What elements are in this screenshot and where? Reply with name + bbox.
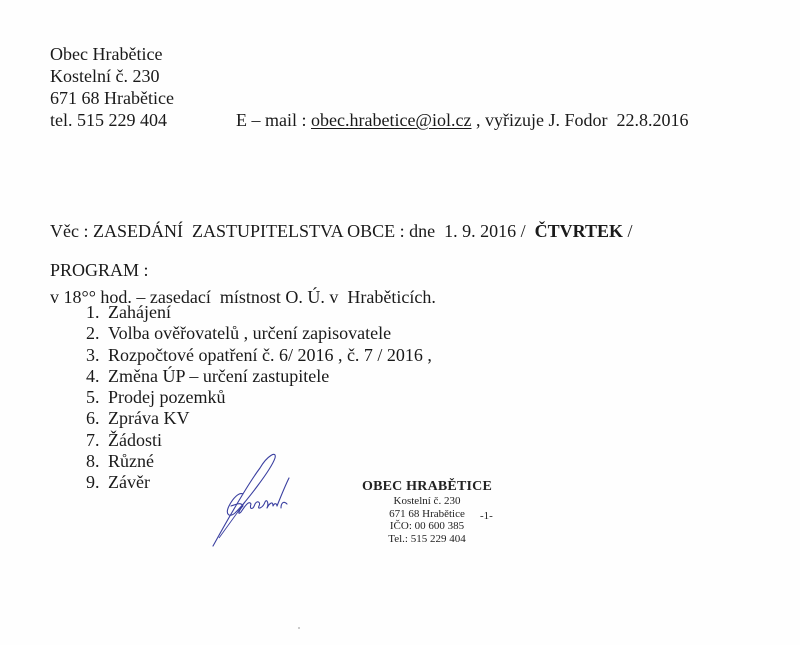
agenda-item-number: 3. (86, 345, 108, 366)
subject-suffix: / (623, 221, 633, 241)
stamp-title: OBEC HRABĚTICE (352, 479, 502, 495)
subject-line-1: Věc : ZASEDÁNÍ ZASTUPITELSTVA OBCE : dne… (50, 220, 633, 242)
agenda-item: 5.Prodej pozemků (86, 387, 432, 408)
agenda-item-number: 9. (86, 472, 108, 493)
sender-name: Obec Hrabětice (50, 43, 174, 65)
subject-text: Věc : ZASEDÁNÍ ZASTUPITELSTVA OBCE : dne… (50, 221, 535, 241)
stamp-phone: Tel.: 515 229 404 (352, 533, 502, 546)
agenda-item: 4.Změna ÚP – určení zastupitele (86, 366, 432, 387)
program-heading: PROGRAM : (50, 259, 149, 281)
page-number: -1- (480, 510, 493, 522)
contact-line: E – mail : obec.hrabetice@iol.cz , vyřiz… (236, 109, 688, 131)
email-label: E – mail : (236, 110, 311, 130)
agenda-item-text: Žádosti (108, 430, 162, 451)
weekday: ČTVRTEK (535, 221, 623, 241)
agenda-item-text: Různé (108, 451, 154, 472)
agenda-item-number: 7. (86, 430, 108, 451)
sender-street: Kostelní č. 230 (50, 65, 174, 87)
agenda-item: 1.Zahájení (86, 302, 432, 323)
stamp-street: Kostelní č. 230 (352, 495, 502, 508)
agenda-item-number: 4. (86, 366, 108, 387)
email-link[interactable]: obec.hrabetice@iol.cz (311, 110, 472, 130)
agenda-item-text: Volba ověřovatelů , určení zapisovatele (108, 323, 391, 344)
scan-speck (298, 627, 300, 629)
agenda-item: 6.Zpráva KV (86, 408, 432, 429)
sender-city: 671 68 Hrabětice (50, 87, 174, 109)
agenda-item-number: 8. (86, 451, 108, 472)
agenda-item-text: Změna ÚP – určení zastupitele (108, 366, 329, 387)
agenda-item-text: Prodej pozemků (108, 387, 225, 408)
sender-address: Obec Hrabětice Kostelní č. 230 671 68 Hr… (50, 43, 174, 131)
agenda-item: 3.Rozpočtové opatření č. 6/ 2016 , č. 7 … (86, 345, 432, 366)
agenda-item-number: 6. (86, 408, 108, 429)
agenda-item-number: 2. (86, 323, 108, 344)
agenda-item-text: Závěr (108, 472, 150, 493)
agenda-item-text: Rozpočtové opatření č. 6/ 2016 , č. 7 / … (108, 345, 432, 366)
agenda-item-text: Zahájení (108, 302, 171, 323)
handler-and-date: , vyřizuje J. Fodor 22.8.2016 (472, 110, 689, 130)
signature-icon (205, 448, 325, 548)
agenda-item-text: Zpráva KV (108, 408, 189, 429)
agenda-item: 2.Volba ověřovatelů , určení zapisovatel… (86, 323, 432, 344)
document-page: Obec Hrabětice Kostelní č. 230 671 68 Hr… (0, 0, 800, 645)
agenda-item-number: 1. (86, 302, 108, 323)
agenda-item-number: 5. (86, 387, 108, 408)
sender-phone: tel. 515 229 404 (50, 109, 174, 131)
